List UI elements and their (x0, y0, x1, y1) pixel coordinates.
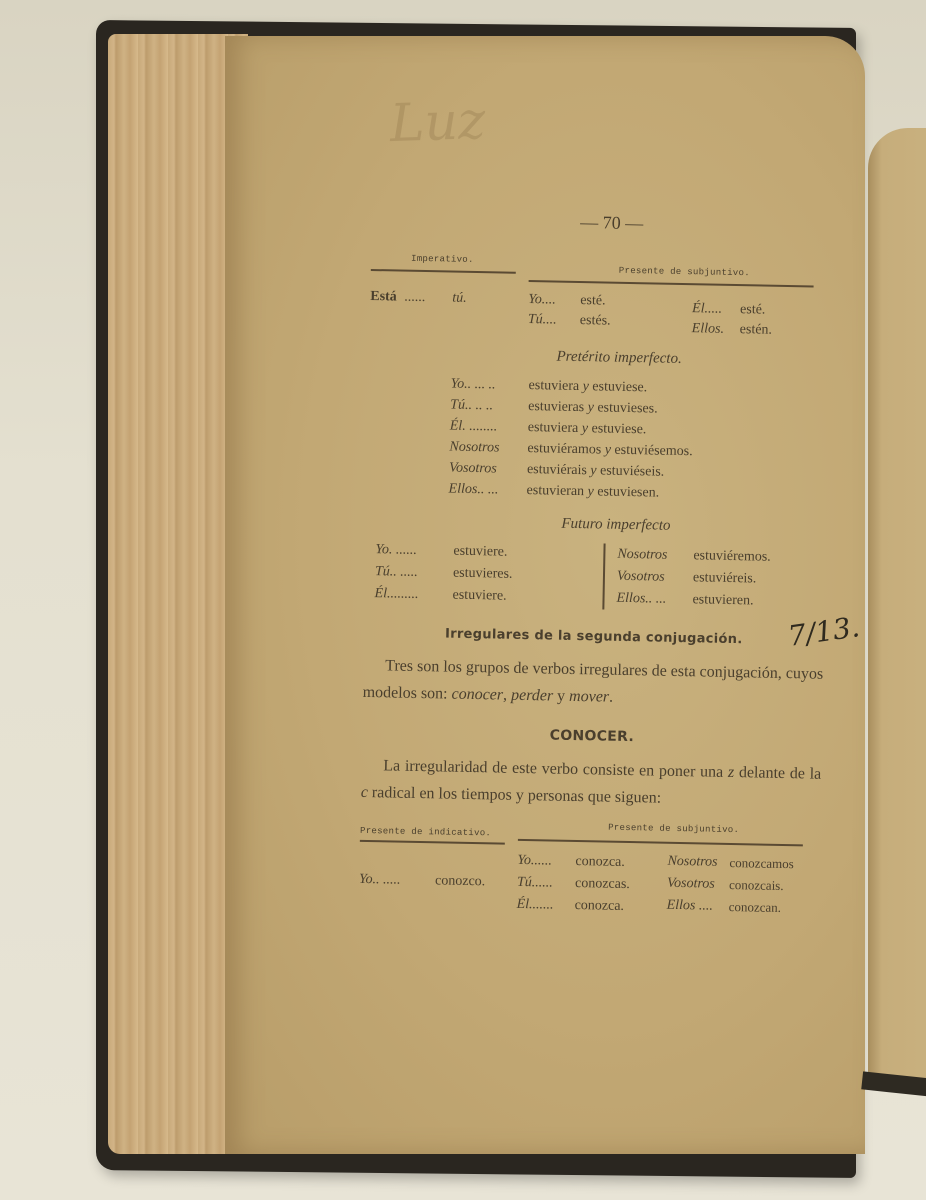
rule (529, 280, 814, 287)
verb-form: estuvieren. (692, 589, 753, 612)
verb-form: conozcamos (729, 855, 794, 872)
paragraph-text: radical en los tiempos y personas que si… (368, 784, 662, 807)
conjunction: y (582, 376, 589, 397)
pronoun: Ellos .... (667, 898, 714, 915)
facing-page (868, 128, 926, 1086)
pronoun: Él....... (516, 897, 553, 914)
conocer-paragraph: La irregularidad de este verbo consiste … (361, 752, 822, 815)
pronoun: Ellos. (692, 321, 725, 338)
pronoun: Nosotros (449, 437, 527, 459)
conocer-table: Yo.. ..... conozco. Yo...... conozca. Tú… (358, 848, 819, 927)
section1-rows: Está ...... tú. Yo.... esté. Tú.... esté… (370, 287, 831, 346)
conocer-heading: CONOCER. (362, 724, 822, 749)
dots: ...... (404, 290, 425, 306)
model-verb: conocer (451, 686, 503, 704)
verb-form: estés. (580, 313, 611, 330)
verb-form: conozca. (574, 898, 624, 915)
irregulares-paragraph: Tres son los grupos de verbos irregulare… (362, 652, 823, 715)
pronoun: Tú...... (517, 875, 553, 892)
irregulares-heading: Irregulares de la segunda conjugación. (364, 625, 824, 649)
pronoun: Nosotros (617, 544, 667, 567)
section1-headers: Imperativo. Presente de subjuntivo. (370, 239, 831, 296)
paragraph-text: delante de la (734, 764, 821, 783)
column-divider (602, 544, 605, 610)
conjunction: y (582, 418, 589, 439)
verb-form: estuviéremos. (693, 545, 771, 568)
verb-form: conozcan. (728, 899, 781, 916)
imperativo-pronoun: tú. (452, 291, 467, 307)
preterito-title: Pretérito imperfecto. (409, 346, 829, 371)
model-verb: perder (511, 687, 553, 705)
verb-form: estuviese. (592, 376, 647, 398)
verb-form: estén. (740, 322, 773, 339)
pronoun: Yo.. ..... (359, 872, 401, 889)
verb-form: estuviere. (452, 585, 506, 608)
pronoun: Nosotros (667, 854, 717, 871)
pronoun: Ellos.. ... (616, 588, 666, 611)
pronoun: Vosotros (449, 458, 527, 480)
verb-form: estuvieses. (597, 397, 658, 419)
conjunction: y (590, 460, 597, 481)
futuro-title: Futuro imperfecto (406, 513, 826, 538)
faint-signature: Luz (389, 86, 631, 164)
verb-form: estuviere. (453, 541, 507, 564)
pronoun: Yo.... (528, 292, 556, 309)
verb-form: estuviesen. (597, 481, 659, 503)
verb-form: conozcais. (729, 877, 784, 894)
verb-form: estuviera (528, 417, 579, 439)
verb-form: conozca. (575, 854, 625, 871)
verb-form: conozco. (435, 873, 485, 890)
subjuntivo-header: Presente de subjuntivo. (619, 266, 750, 279)
verb-form: estuviéramos (527, 438, 601, 460)
imperativo-header: Imperativo. (411, 254, 474, 265)
verb-form: estuvieran (526, 480, 584, 502)
conjunction: y (587, 481, 594, 502)
verb-form: esté. (740, 302, 766, 318)
model-verb: mover (569, 688, 609, 706)
pronoun: Vosotros (667, 876, 715, 893)
pronoun: Él......... (374, 583, 418, 606)
book-photo: Luz — 70 — Imperativo. Presente de subju… (0, 0, 926, 1200)
rule (371, 269, 516, 273)
pronoun: Yo...... (517, 853, 552, 870)
verb-form: estuvieres. (453, 563, 513, 586)
pronoun: Yo.. ... .. (450, 374, 528, 396)
verb-form: estuvieras (528, 396, 584, 418)
imperativo-verb: Está (370, 289, 397, 306)
preterito-table: Yo.. ... ..estuviera y estuviese. Tú.. .… (448, 374, 828, 507)
pronoun: Él. ........ (450, 416, 528, 438)
rule (360, 840, 505, 844)
pronoun: Vosotros (617, 566, 665, 589)
verb-form: estuviéseis. (600, 460, 665, 482)
verb-form: estuviera (528, 375, 579, 397)
verb-form: esté. (580, 293, 606, 309)
pronoun: Tú.. .. .. (450, 395, 528, 417)
pronoun: Él..... (692, 301, 722, 318)
verb-form: estuviéreis. (693, 567, 757, 590)
pronoun: Tú.. ..... (375, 561, 418, 584)
subjuntivo-header-2: Presente de subjuntivo. (608, 823, 739, 836)
page-content: — 70 — Imperativo. Presente de subjuntiv… (358, 208, 832, 927)
separator: . (609, 689, 613, 706)
verb-form: conozcas. (575, 876, 630, 893)
futuro-table: Yo. ...... estuviere. Tú.. ..... estuvie… (364, 539, 825, 612)
pronoun: Yo. ...... (375, 539, 417, 562)
conjunction: y (605, 440, 612, 461)
pronoun: Tú.... (528, 312, 557, 329)
verb-form: estuviérais (527, 459, 587, 481)
verb-form: estuviésemos. (614, 440, 693, 462)
indicativo-header: Presente de indicativo. (360, 826, 491, 839)
conjunction: y (587, 397, 594, 418)
rule (518, 839, 803, 846)
separator: y (553, 688, 569, 705)
pronoun: Ellos.. ... (448, 479, 526, 501)
paragraph-text: La irregularidad de este verbo consiste … (383, 757, 728, 781)
verb-form: estuviese. (591, 418, 646, 440)
